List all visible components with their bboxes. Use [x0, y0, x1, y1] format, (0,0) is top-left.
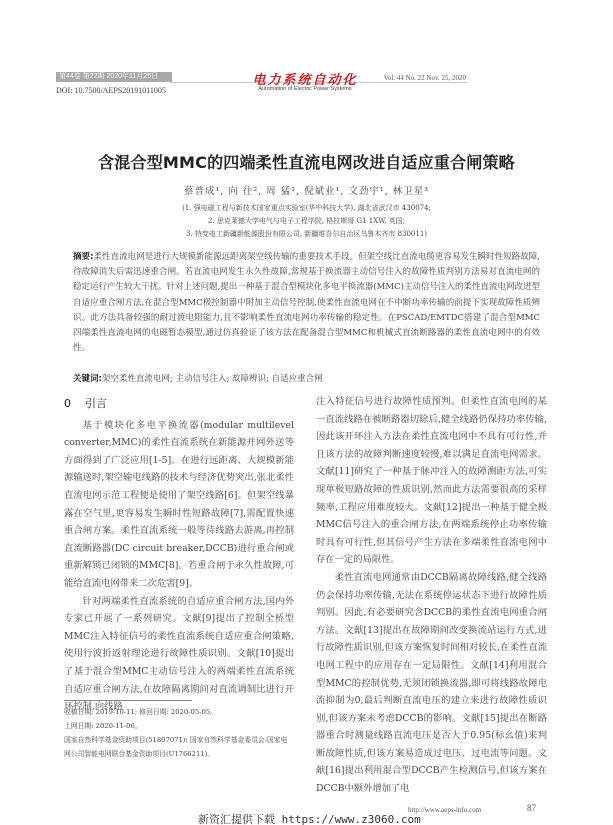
download-watermark: 新资汇提供下载 https://www.z3060.com — [198, 811, 421, 825]
section-heading: 0引言 — [64, 395, 294, 413]
paragraph: 针对两端柔性直流系统的自适应重合闸方法,国内外专家已开展了一系列研究。文献[9]… — [64, 593, 294, 716]
doi: DOI: 10.7500/AEPS20191011005 — [56, 86, 166, 95]
keywords: 关键词:架空柔性直流电网; 主动信号注入; 故障辨识; 自适应重合闸 — [73, 372, 540, 384]
footnotes: 收稿日期: 2019-10-11; 修回日期: 2020-05-05。 上网日期… — [64, 705, 294, 761]
journal-name-en: Automation of Electric Power Systems — [220, 86, 390, 92]
affiliation-3: 3. 特变电工新疆新能源股份有限公司, 新疆维吾尔自治区乌鲁木齐市 830011… — [0, 229, 613, 239]
affiliation-2: 2. 思克莱德大学电气与电子工程学院, 格拉斯哥 G1 1XW, 英国; — [0, 216, 613, 226]
left-column: 0引言 基于模块化多电平换流器(modular multilevel conve… — [64, 395, 294, 716]
abstract-label: 摘要: — [73, 252, 93, 262]
footnote-funding: 国家自然科学基金资助项目(51807071); 国家自然科学基金委员会-国家电网… — [64, 733, 294, 761]
abstract-text: 柔性直流电网是进行大规模新能源远距离架空线传输的重要技术手段。但架空线比直流电缆… — [73, 252, 540, 353]
affiliation-1: (1. 强电磁工程与新技术国家重点实验室(华中科技大学), 湖北省武汉市 430… — [0, 203, 613, 213]
section-number: 0 — [64, 397, 71, 410]
keywords-text: 架空柔性直流电网; 主动信号注入; 故障辨识; 自适应重合闸 — [102, 374, 323, 384]
paper-title: 含混合型MMC的四端柔性直流电网改进自适应重合闸策略 — [0, 150, 613, 173]
volume-info: Vol. 44 No. 22 Nov. 25, 2020 — [380, 74, 466, 82]
footnote-online: 上网日期: 2020-11-06。 — [64, 719, 294, 733]
abstract: 摘要:柔性直流电网是进行大规模新能源远距离架空线传输的重要技术手段。但架空线比直… — [73, 250, 540, 356]
issue-info-bar: 第44卷 第22期 2020年11月25日 — [56, 72, 172, 82]
section-title: 引言 — [85, 397, 107, 410]
paragraph: 柔性直流电网通常由DCCB隔离故障线路,健全线路仍会保持功率传输,无法在系统停运… — [316, 569, 547, 798]
paragraph: 基于模块化多电平换流器(modular multilevel converter… — [64, 417, 294, 593]
paragraph: 注入特征信号进行故障性质预判。但柔性直流电网的某一直流线路在被断路器切除后,健全… — [316, 393, 547, 569]
right-column: 注入特征信号进行故障性质预判。但柔性直流电网的某一直流线路在被断路器切除后,健全… — [316, 393, 547, 798]
authors: 蔡普成¹, 向 往², 周 猛¹, 倪斌业¹, 文劲宇¹, 林卫星³ — [0, 183, 613, 197]
page-number: 87 — [527, 803, 536, 813]
footnote-received: 收稿日期: 2019-10-11; 修回日期: 2020-05-05。 — [64, 705, 294, 719]
keywords-label: 关键词: — [73, 374, 102, 384]
footnote-divider — [64, 700, 192, 701]
